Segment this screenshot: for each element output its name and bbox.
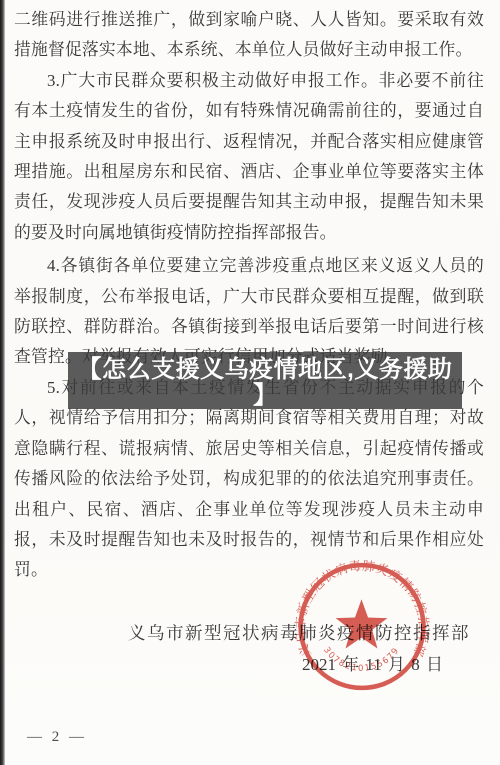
caption-overlay: 【怎么支援义乌疫情地区,义务援助 】 [68, 352, 462, 409]
paragraph-item-3: 3.广大市民群众要积极主动做好申报工作。非必要不前往有本土疫情发生的省份，如有特… [14, 66, 484, 248]
document-page: 二维码进行推送推广，做到家喻户晓、人人皆知。要采取有效措施督促落实本地、本系统、… [0, 0, 500, 765]
page-number: — 2 — [27, 729, 87, 746]
official-seal: 义乌市新型冠状病毒肺炎疫情防控指挥部 330782101556798 [286, 551, 438, 703]
paragraph-continuation: 二维码进行推送推广，做到家喻户晓、人人皆知。要采取有效措施督促落实本地、本系统、… [14, 5, 484, 66]
seal-star-icon [336, 599, 388, 648]
caption-line-2: 】 [68, 383, 462, 409]
scan-edge-artifact [0, 0, 5, 765]
caption-line-1: 【怎么支援义乌疫情地区,义务援助 [68, 356, 462, 383]
document-body: 二维码进行推送推广，做到家喻户晓、人人皆知。要采取有效措施督促落实本地、本系统、… [14, 5, 484, 586]
